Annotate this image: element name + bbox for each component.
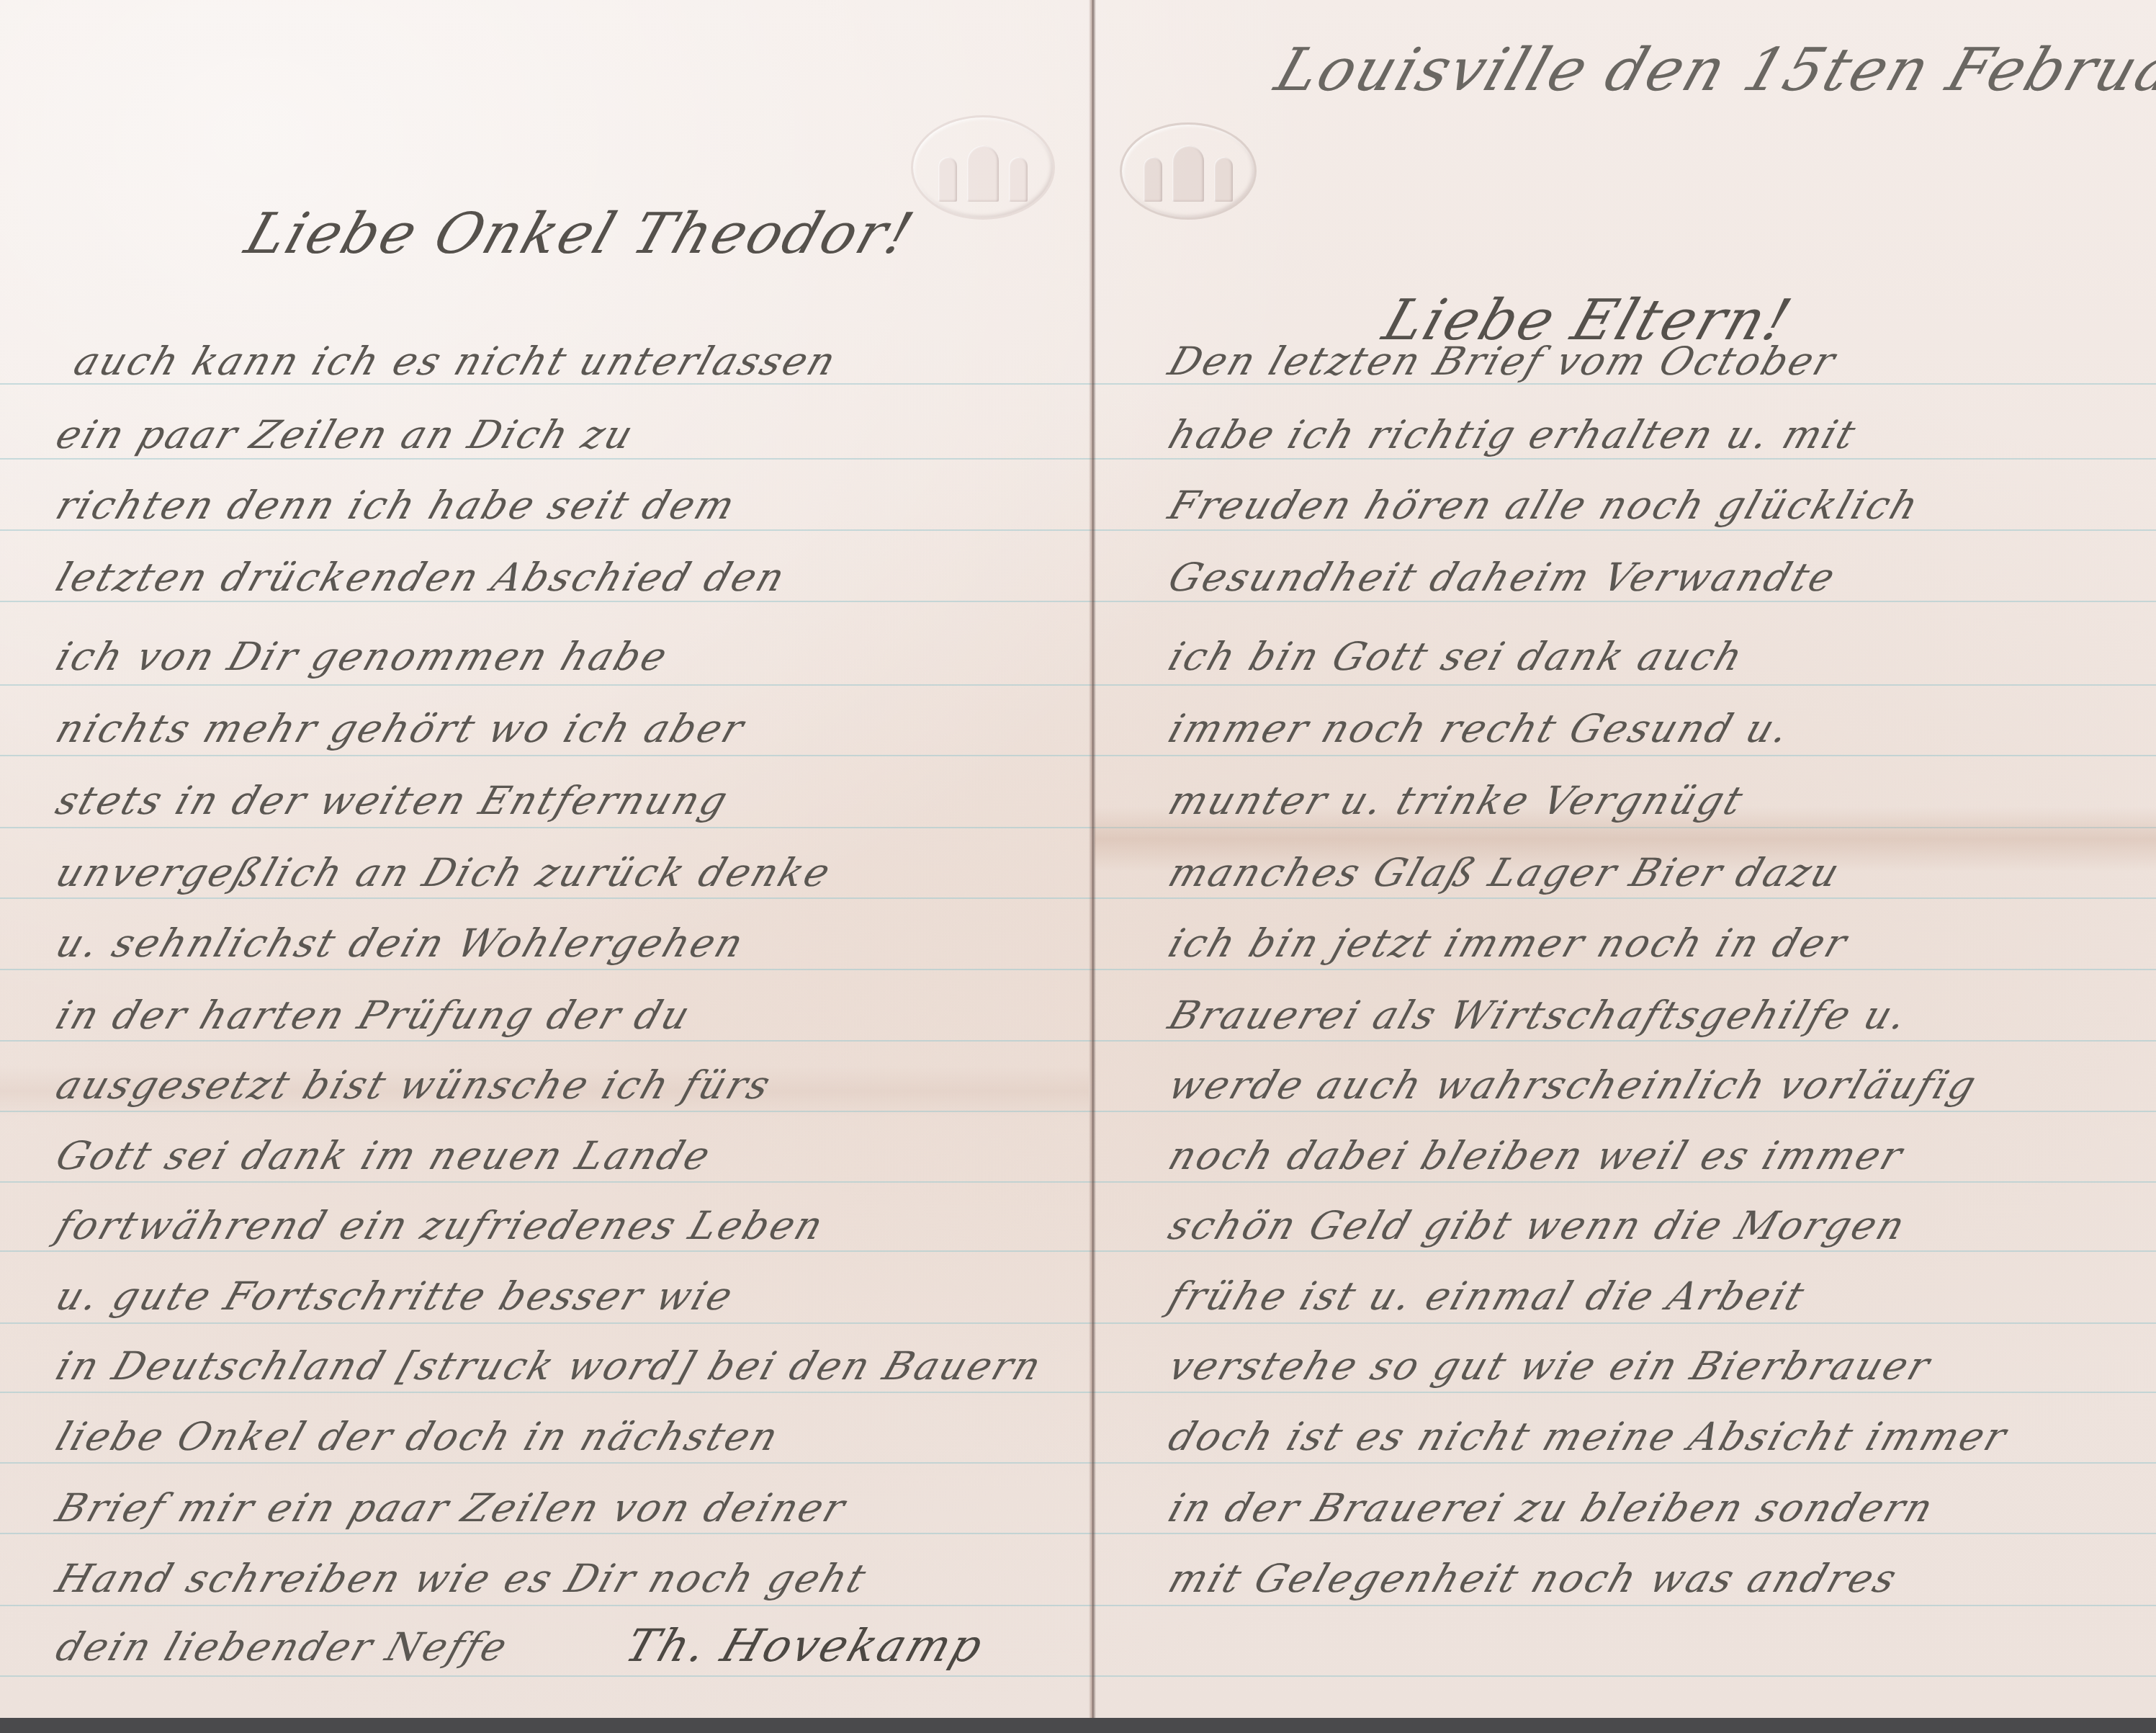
letter-line: Brief mir ein paar Zeilen von deiner bbox=[50, 1485, 853, 1531]
letter-line: werde auch wahrscheinlich vorläufig bbox=[1163, 1062, 1984, 1108]
letter-line: Gesundheit daheim Verwandte bbox=[1163, 555, 1843, 600]
letter-line: munter u. trinke Vergnügt bbox=[1163, 778, 1751, 823]
letter-line: richten denn ich habe seit dem bbox=[50, 483, 742, 528]
letter-line: fortwährend ein zufriedenes Leben bbox=[50, 1203, 831, 1248]
letter-line: verstehe so gut wie ein Bierbrauer bbox=[1163, 1343, 1937, 1389]
letter-line: schön Geld gibt wenn die Morgen bbox=[1163, 1203, 1913, 1248]
letter-line: u. sehnlichst dein Wohlergehen bbox=[50, 921, 751, 966]
letter-line: Hand schreiben wie es Dir noch geht bbox=[50, 1556, 873, 1601]
letter-line: noch dabei bleiben weil es immer bbox=[1163, 1133, 1910, 1178]
letter-line: u. gute Fortschritte besser wie bbox=[50, 1273, 740, 1319]
letter-line: doch ist es nicht meine Absicht immer bbox=[1163, 1414, 2014, 1459]
letter-line: ausgesetzt bist wünsche ich fürs bbox=[50, 1062, 778, 1108]
letter-scan: Liebe Onkel Theodor! auch kann ich es ni… bbox=[0, 0, 2156, 1718]
letter-line: habe ich richtig erhalten u. mit bbox=[1163, 412, 1863, 457]
letter-line: in der harten Prüfung der du bbox=[50, 993, 698, 1038]
letter-line: nichts mehr gehört wo ich aber bbox=[50, 706, 751, 751]
letter-line: mit Gelegenheit noch was andres bbox=[1163, 1556, 1904, 1601]
letter-line: Gott sei dank im neuen Lande bbox=[50, 1133, 718, 1178]
letter-line: frühe ist u. einmal die Arbeit bbox=[1163, 1273, 1812, 1319]
letter-line: auch kann ich es nicht unterlassen bbox=[68, 339, 843, 384]
left-page: Liebe Onkel Theodor! auch kann ich es ni… bbox=[0, 0, 1095, 1718]
left-salutation: Liebe Onkel Theodor! bbox=[238, 202, 922, 267]
letter-line: ich von Dir genommen habe bbox=[50, 634, 675, 679]
letter-line: immer noch recht Gesund u. bbox=[1163, 706, 1797, 751]
letter-line: Freuden hören alle noch glücklich bbox=[1163, 483, 1926, 528]
letter-line: Den letzten Brief vom October bbox=[1163, 339, 1843, 384]
letter-line: in der Brauerei zu bleiben sondern bbox=[1163, 1485, 1941, 1531]
dateline: Louisville den 15ten Februar bbox=[1267, 36, 2156, 104]
letter-line: ein paar Zeilen an Dich zu bbox=[50, 412, 641, 457]
closing: dein liebender Neffe bbox=[50, 1624, 515, 1670]
letter-line: letzten drückenden Abschied den bbox=[50, 555, 792, 600]
right-page: Louisville den 15ten Februar Liebe Elter… bbox=[1095, 0, 2156, 1718]
letter-line: ich bin jetzt immer noch in der bbox=[1163, 921, 1854, 966]
letter-line: in Deutschland [struck word] bei den Bau… bbox=[50, 1343, 1048, 1389]
letter-line: liebe Onkel der doch in nächsten bbox=[50, 1414, 786, 1459]
letter-line: unvergeßlich an Dich zurück denke bbox=[50, 850, 837, 895]
letter-line: stets in der weiten Entfernung bbox=[50, 778, 735, 823]
letter-line: Brauerei als Wirtschaftsgehilfe u. bbox=[1163, 993, 1915, 1038]
letter-line: ich bin Gott sei dank auch bbox=[1163, 634, 1750, 679]
letter-line: manches Glaß Lager Bier dazu bbox=[1163, 850, 1847, 895]
signature: Th. Hovekamp bbox=[619, 1619, 992, 1672]
scanner-background-edge bbox=[0, 1718, 2156, 1733]
